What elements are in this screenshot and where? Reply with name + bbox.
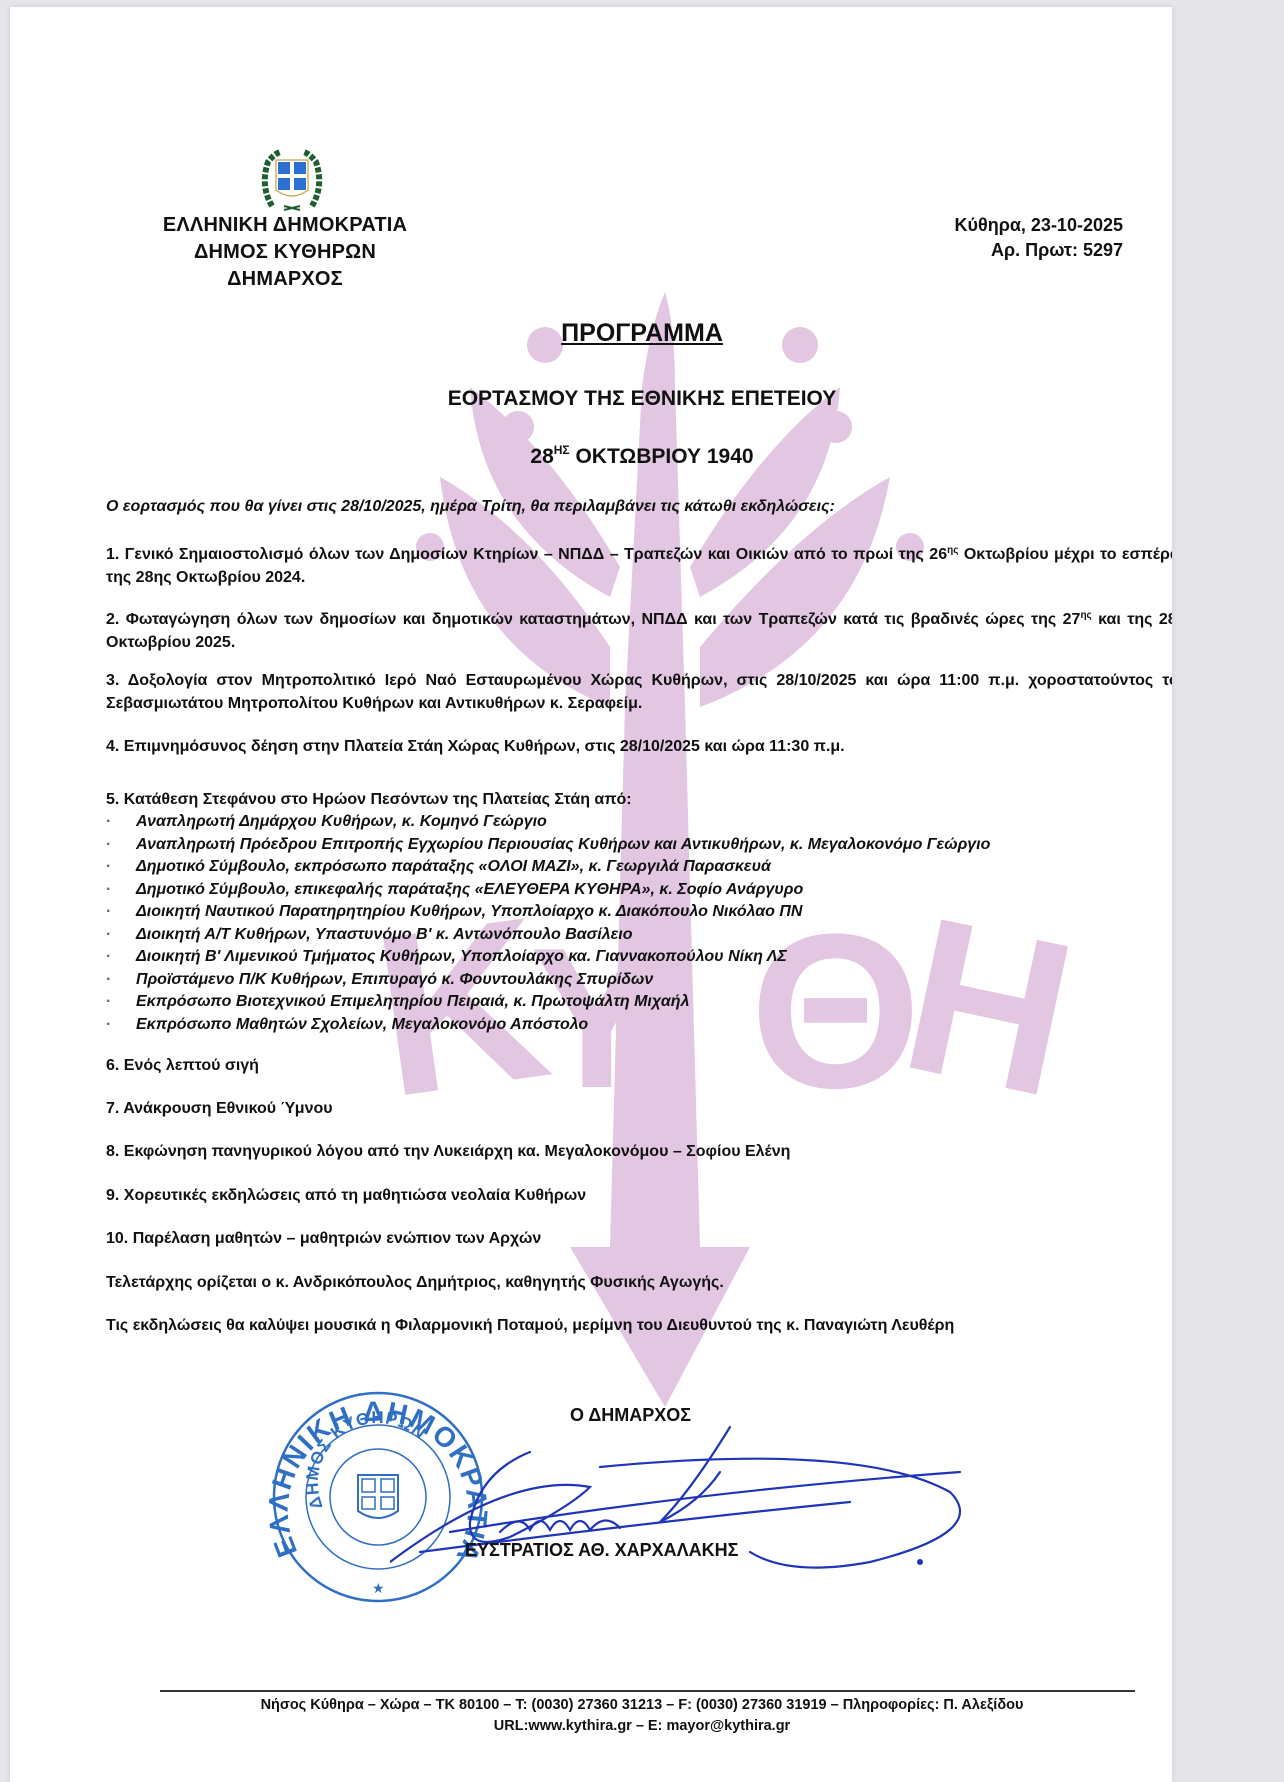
music-note: Τις εκδηλώσεις θα καλύψει μουσικά η Φιλα…	[106, 1314, 1172, 1337]
date-suffix: ΗΣ	[554, 443, 570, 457]
document-subtitle: ΕΟΡΤΑΣΜΟΥ ΤΗΣ ΕΘΝΙΚΗΣ ΕΠΕΤΕΙΟΥ	[10, 387, 1172, 411]
footer-contact-line: Νήσος Κύθηρα – Χώρα – ΤΚ 80100 – Τ: (003…	[10, 1697, 1172, 1713]
greek-coat-of-arms-icon	[258, 146, 326, 214]
document-title: ΠΡΟΓΡΑΜΜΑ	[10, 319, 1172, 348]
program-item-9: 9. Χορευτικές εκδηλώσεις από τη μαθητιώσ…	[106, 1184, 1172, 1207]
date-day: 28	[530, 445, 553, 468]
issuer-header: ΕΛΛΗΝΙΚΗ ΔΗΜΟΚΡΑΤΙΑ ΔΗΜΟΣ ΚΥΘΗΡΩΝ ΔΗΜΑΡΧ…	[135, 212, 435, 293]
list-item: Εκπρόσωπο Βιοτεχνικού Επιμελητηρίου Πειρ…	[106, 991, 1172, 1014]
anniversary-date: 28ΗΣ ΟΚΤΩΒΡΙΟΥ 1940	[10, 443, 1172, 469]
issuer-line: ΕΛΛΗΝΙΚΗ ΔΗΜΟΚΡΑΤΙΑ	[135, 212, 435, 239]
issuer-line: ΔΗΜΑΡΧΟΣ	[135, 266, 435, 293]
item-text: 1. Γενικό Σημαιοστολισμό όλων των Δημοσί…	[106, 546, 947, 563]
issuer-line: ΔΗΜΟΣ ΚΥΘΗΡΩΝ	[135, 239, 435, 266]
place-date: Κύθηρα, 23-10-2025	[810, 213, 1123, 238]
program-item-6: 6. Ενός λεπτού σιγή	[106, 1054, 1172, 1077]
list-item: Εκπρόσωπο Μαθητών Σχολείων, Μεγαλοκονόμο…	[106, 1014, 1172, 1037]
date-month-year: ΟΚΤΩΒΡΙΟΥ 1940	[570, 445, 754, 468]
document-page: Κ Υ Θ Η ΕΛΛΗΝΙΚΗ ΔΗΜΟΚΡΑΤΙΑ ΔΗΜΟΣ ΚΥΘΗΡΩ…	[10, 7, 1172, 1777]
intro-paragraph: Ο εορτασμός που θα γίνει στις 28/10/2025…	[106, 495, 1172, 518]
list-item: Διοικητή Α/Τ Κυθήρων, Υπαστυνόμο Β' κ. Α…	[106, 924, 1172, 947]
ordinal-suffix: ης	[947, 545, 958, 556]
signatory-name: ΕΥΣΤΡΑΤΙΟΣ ΑΘ. ΧΑΡΧΑΛΑΚΗΣ	[465, 1540, 738, 1561]
item-text: 5. Κατάθεση Στεφάνου στο Ηρώον Πεσόντων …	[106, 788, 1172, 811]
list-item: Αναπληρωτή Δημάρχου Κυθήρων, κ. Κομηνό Γ…	[106, 811, 1172, 834]
program-item-1: 1. Γενικό Σημαιοστολισμό όλων των Δημοσί…	[106, 539, 1172, 589]
list-item: Δημοτικό Σύμβουλο, εκπρόσωπο παράταξης «…	[106, 856, 1172, 879]
list-item: Αναπληρωτή Πρόεδρου Επιτροπής Εγχωρίου Π…	[106, 834, 1172, 857]
list-item: Διοικητή Ναυτικού Παρατηρητηρίου Κυθήρων…	[106, 901, 1172, 924]
protocol-number: Αρ. Πρωτ: 5297	[810, 238, 1123, 263]
ordinal-suffix: ης	[1080, 610, 1091, 621]
document-meta: Κύθηρα, 23-10-2025 Αρ. Πρωτ: 5297	[810, 213, 1123, 263]
list-item: Προϊστάμενο Π/Κ Κυθήρων, Επιπυραγό κ. Φο…	[106, 969, 1172, 992]
program-item-4: 4. Επιμνημόσυνος δέηση στην Πλατεία Στάη…	[106, 735, 1172, 758]
wreath-layers-list: Αναπληρωτή Δημάρχου Κυθήρων, κ. Κομηνό Γ…	[106, 811, 1172, 1036]
svg-text:★: ★	[372, 1581, 385, 1597]
marshal-note: Τελετάρχης ορίζεται ο κ. Ανδρικόπουλος Δ…	[106, 1271, 1172, 1294]
program-item-8: 8. Εκφώνηση πανηγυρικού λόγου από την Λυ…	[106, 1140, 1172, 1163]
program-item-10: 10. Παρέλαση μαθητών – μαθητριών ενώπιον…	[106, 1227, 1172, 1250]
program-item-5: 5. Κατάθεση Στεφάνου στο Ηρώον Πεσόντων …	[106, 788, 1172, 1036]
item-text: Οκτωβρίου 2025.	[106, 634, 235, 651]
item-text: 2. Φωταγώγηση όλων των δημοσίων και δημο…	[106, 611, 1080, 628]
list-item: Δημοτικό Σύμβουλο, επικεφαλής παράταξης …	[106, 879, 1172, 902]
list-item: Διοικητή Β' Λιμενικού Τμήματος Κυθήρων, …	[106, 946, 1172, 969]
footer-web-line: URL:www.kythira.gr – E: mayor@kythira.gr	[10, 1718, 1172, 1734]
item-text: και της 28	[1092, 611, 1172, 628]
program-item-7: 7. Ανάκρουση Εθνικού Ύμνου	[106, 1097, 1172, 1120]
footer-divider	[160, 1690, 1135, 1692]
program-item-2: 2. Φωταγώγηση όλων των δημοσίων και δημο…	[106, 604, 1172, 654]
program-item-3: 3. Δοξολογία στον Μητροπολιτικό Ιερό Ναό…	[106, 669, 1172, 715]
